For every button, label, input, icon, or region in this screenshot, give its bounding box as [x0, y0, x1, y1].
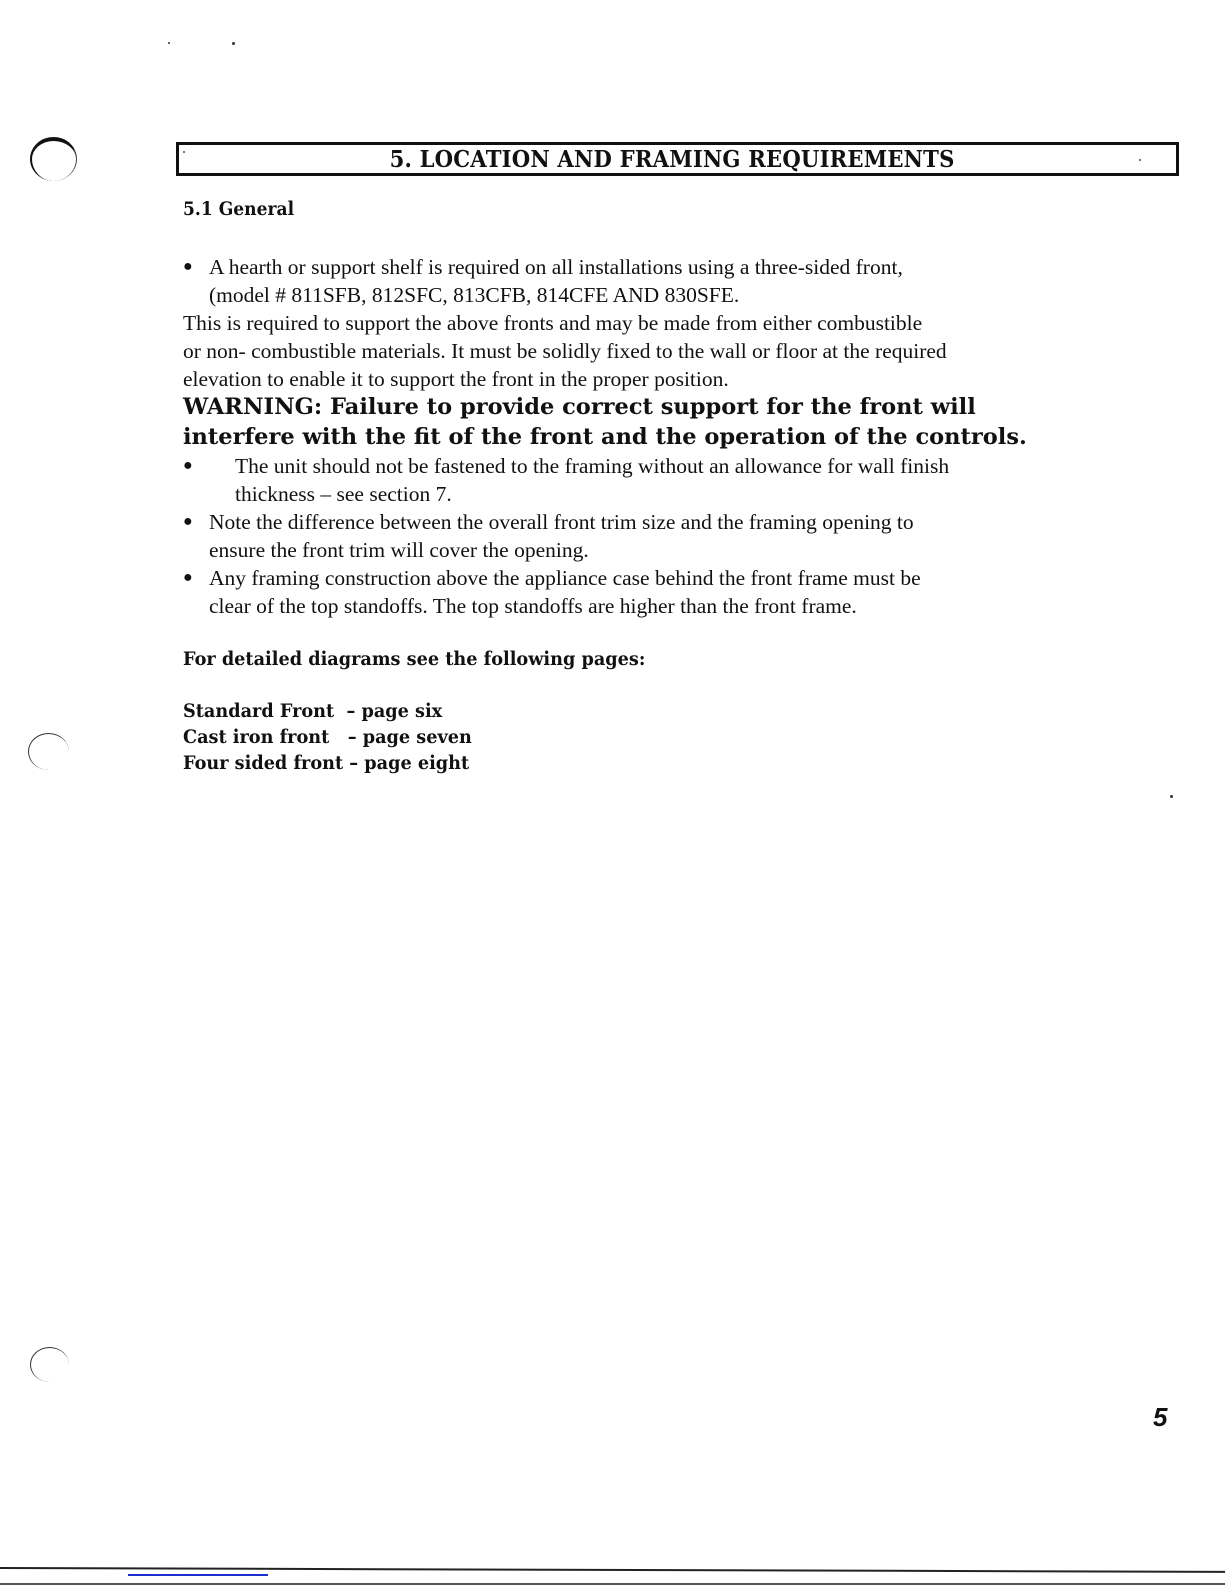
text-line: This is required to support the above fr… [183, 311, 922, 335]
diagram-ref-standard-front: Standard Front – page six [183, 698, 442, 724]
text-line: or non- combustible materials. It must b… [183, 339, 947, 363]
bullet-icon: ● [183, 452, 235, 508]
scan-speck [1170, 795, 1173, 798]
text-line: thickness – see section 7. [235, 482, 452, 506]
scan-speck [183, 151, 185, 153]
section-title: 5. LOCATION AND FRAMING REQUIREMENTS [390, 146, 955, 173]
warning-notice: WARNING: Failure to provide correct supp… [183, 392, 1027, 452]
list-item-text: A hearth or support shelf is required on… [209, 253, 903, 309]
bullet-icon: ● [183, 253, 209, 309]
text-line: A hearth or support shelf is required on… [209, 255, 903, 279]
scan-speck [1139, 159, 1141, 161]
list-item-text: The unit should not be fastened to the f… [235, 452, 949, 508]
list-item-wall-finish: ● The unit should not be fastened to the… [183, 452, 949, 508]
section-header-banner: 5. LOCATION AND FRAMING REQUIREMENTS [176, 142, 1179, 176]
scan-bottom-edge [0, 1567, 1225, 1573]
warning-line: WARNING: Failure to provide correct supp… [183, 394, 976, 420]
punch-hole-mark-middle [28, 733, 69, 770]
scan-speck [232, 42, 235, 45]
list-item-text: Note the difference between the overall … [209, 508, 914, 564]
list-item-top-standoffs: ● Any framing construction above the app… [183, 564, 921, 620]
diagram-ref-cast-iron-front: Cast iron front – page seven [183, 724, 472, 750]
bullet-icon: ● [183, 564, 209, 620]
text-line: elevation to enable it to support the fr… [183, 367, 729, 391]
diagram-ref-four-sided-front: Four sided front – page eight [183, 750, 469, 776]
diagrams-intro: For detailed diagrams see the following … [183, 646, 645, 672]
list-item-trim-size: ● Note the difference between the overal… [183, 508, 914, 564]
punch-hole-mark-bottom [30, 1347, 69, 1382]
subsection-heading: 5.1 General [183, 198, 294, 220]
scan-speck [168, 42, 170, 44]
bullet-icon: ● [183, 508, 209, 564]
text-line: ensure the front trim will cover the ope… [209, 538, 589, 562]
punch-hole-mark-top [30, 137, 77, 181]
list-item-text: Any framing construction above the appli… [209, 564, 921, 620]
text-line: Any framing construction above the appli… [209, 566, 921, 590]
scan-color-artifact [128, 1574, 268, 1576]
list-item-hearth-requirement: ● A hearth or support shelf is required … [183, 253, 903, 309]
paragraph-support-requirements: This is required to support the above fr… [183, 309, 947, 393]
text-line: The unit should not be fastened to the f… [235, 454, 949, 478]
text-line: Note the difference between the overall … [209, 510, 914, 534]
warning-line: interfere with the fit of the front and … [183, 424, 1027, 450]
text-line: clear of the top standoffs. The top stan… [209, 594, 857, 618]
page-number: 5 [1153, 1402, 1167, 1433]
text-line: (model # 811SFB, 812SFC, 813CFB, 814CFE … [209, 283, 739, 307]
